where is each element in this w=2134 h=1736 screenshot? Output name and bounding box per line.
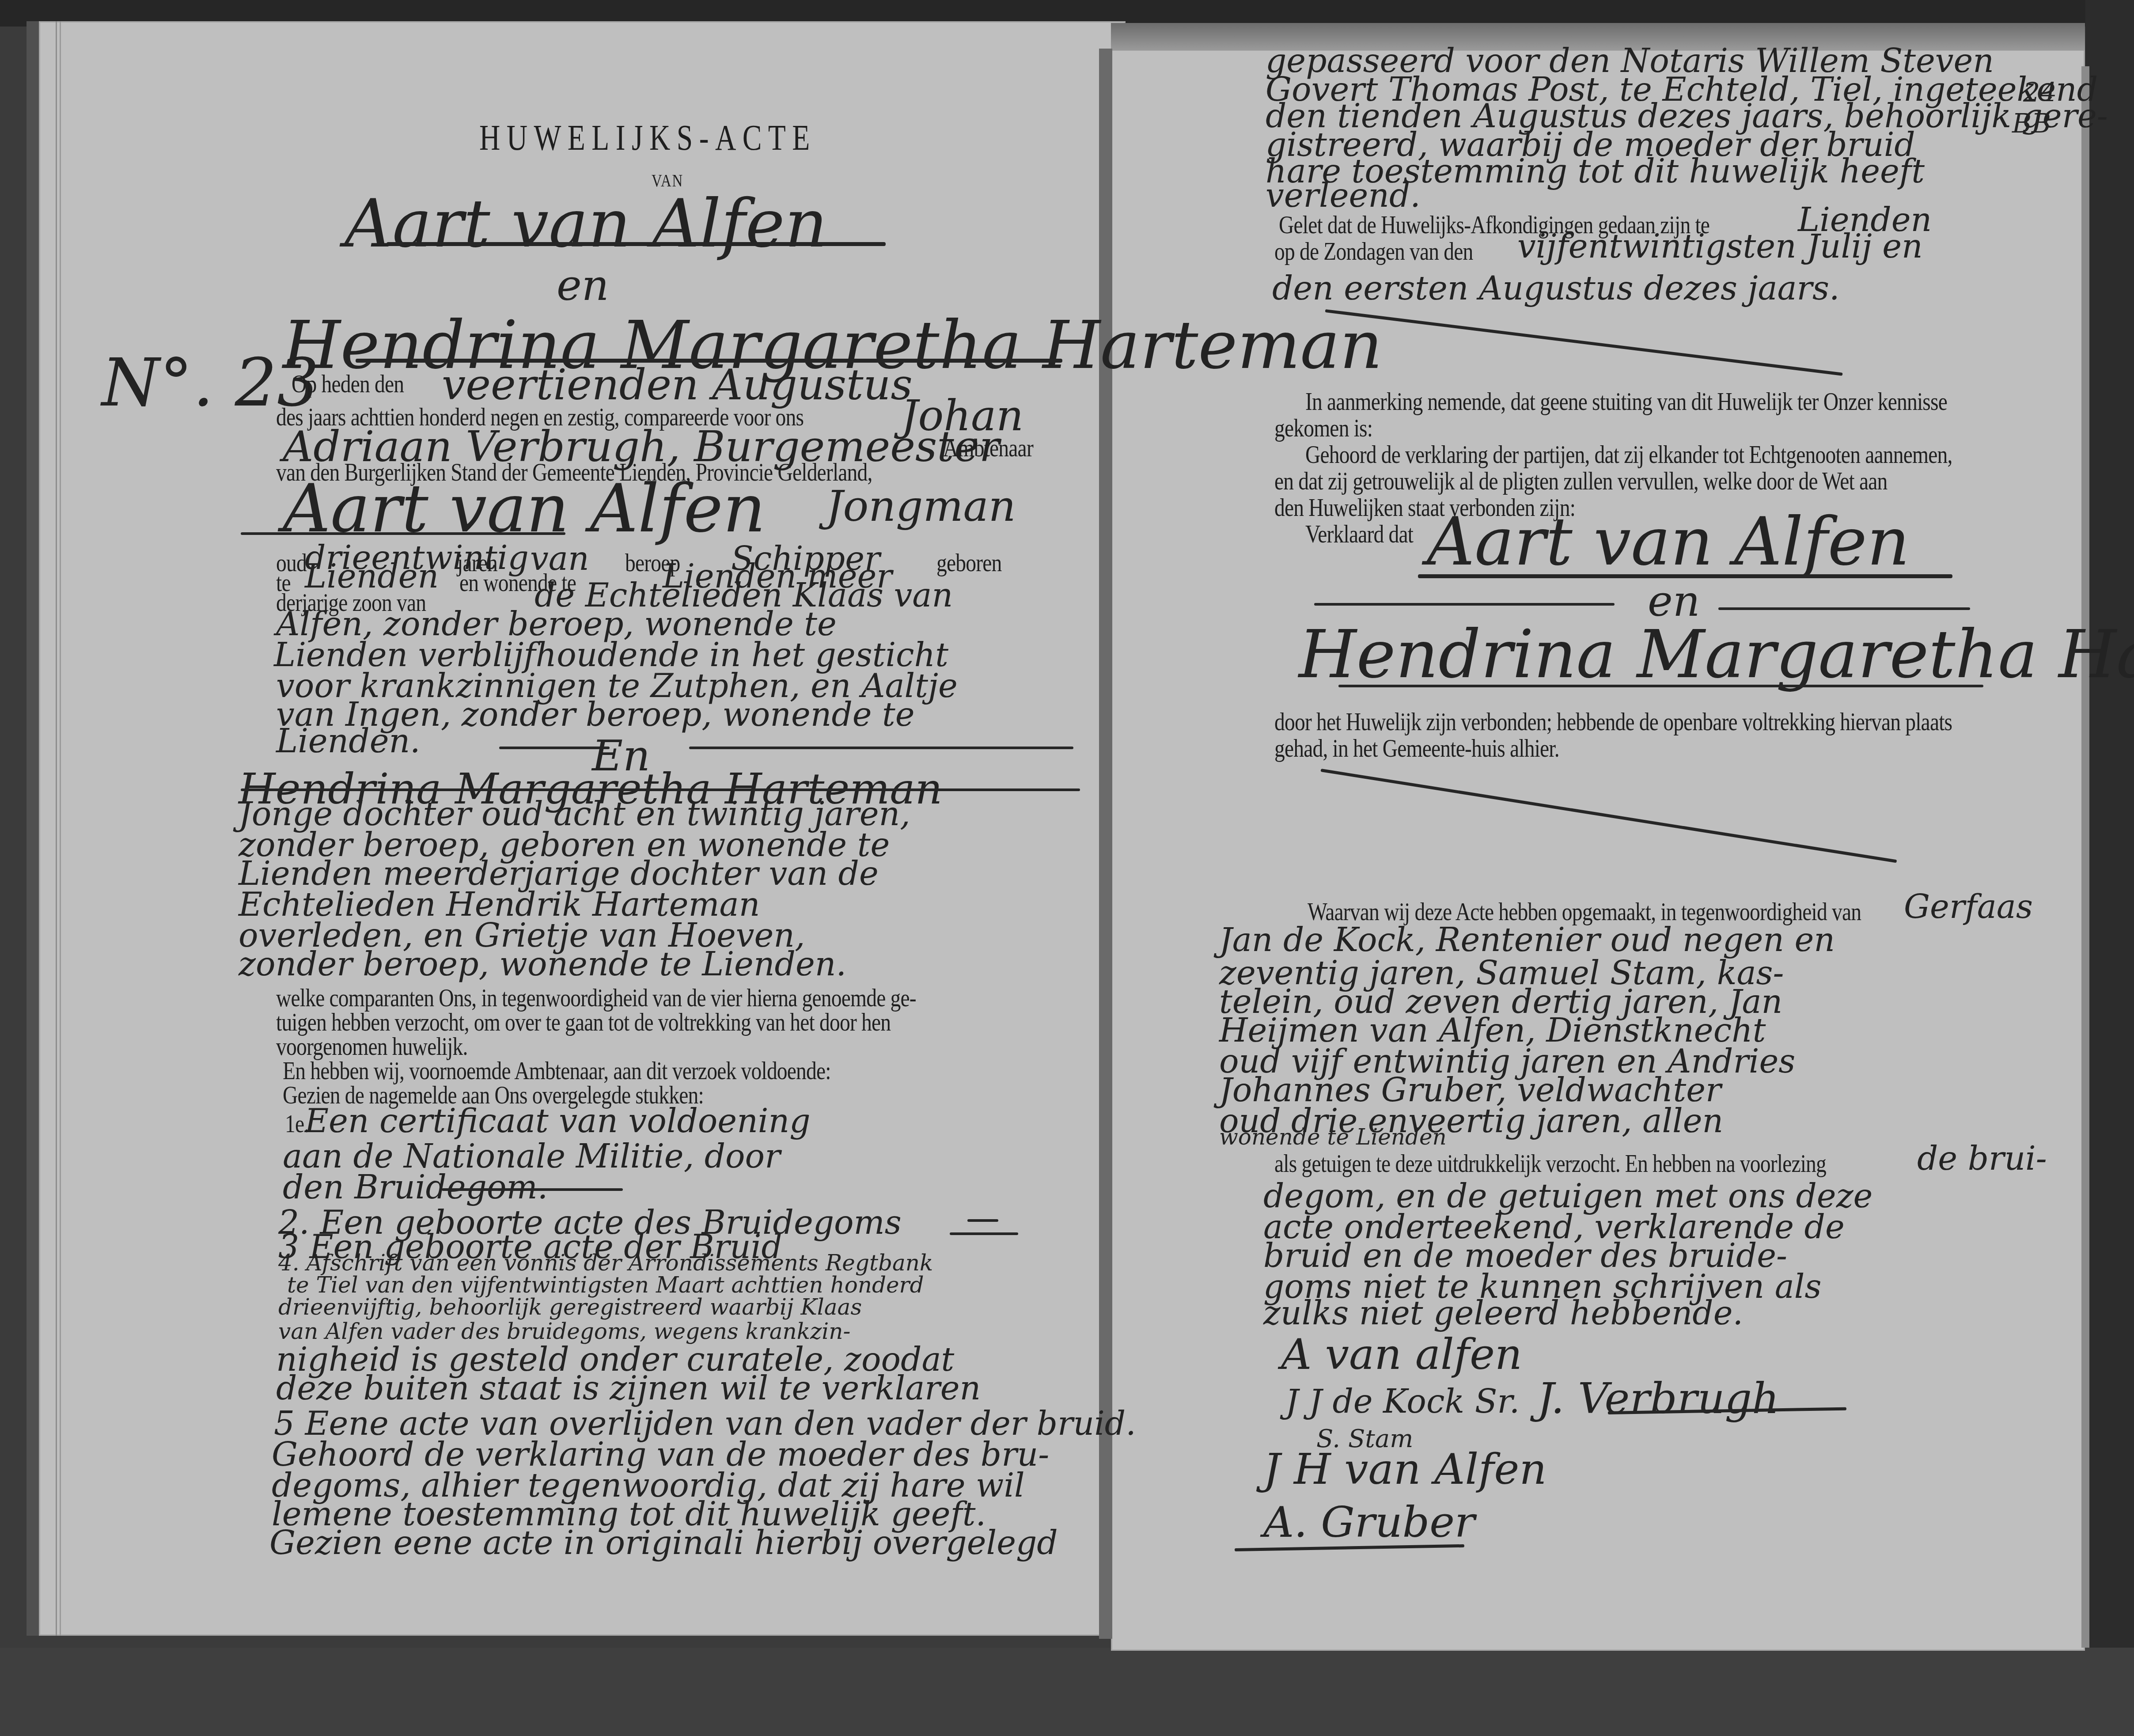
printed-zondagen: op de Zondagen van den [1274,236,1473,266]
printed-gehoord-2: en dat zij getrouwelijk al de pligten zu… [1274,466,1888,496]
en-heading: en [557,261,609,310]
hand-lienden: Lienden. [276,722,421,760]
hand-groom-name-right: Aart van Alfen [1427,504,1910,580]
page-edge-stack [56,21,61,1636]
hand-bride-name-right: Hendrina Margaretha Harteman [1299,616,2134,693]
hand-afkondiging-date-1: vijfentwintigsten Julij en [1517,227,1923,265]
printed-geboren: geboren [936,548,1001,577]
hand-doc-1-line-1: Een certificaat van voldoening [305,1102,811,1140]
groom-heading-underline [387,242,886,246]
printed-ambtenaar: Ambtenaar [943,433,1033,462]
scanner-background-right [2085,0,2134,1736]
hand-witness-line-1: Jan de Kock, Rentenier oud negen en [1219,921,1835,959]
groom-name-underline [241,532,565,535]
doc-2-filler [967,1219,998,1222]
right-page-edge [2081,66,2089,1648]
hand-witness-1-first: Gerfaas [1904,888,2033,926]
printed-aanmerking-2: gekomen is: [1274,413,1372,443]
signature-witness-gruber: A. Gruber [1263,1497,1475,1547]
book-gutter [1099,49,1112,1639]
hand-closing-5: zulks niet geleerd hebbende. [1263,1294,1743,1332]
doc-3-filler [950,1232,1018,1235]
signature-witness-de-kock: J J de Kock Sr. [1285,1383,1520,1421]
groom-heading: Aart van Alfen [345,186,827,262]
hand-witness-line-8: wonende te Lienden [1219,1124,1447,1150]
hand-afkondiging-date-2: den eersten Augustus dezes jaars. [1272,269,1840,307]
signature-witness-van-alfen: J H van Alfen [1263,1444,1546,1494]
printed-closing: als getuigen te deze uitdrukkelijk verzo… [1274,1148,1826,1178]
hand-top-line-6: verleend. [1266,177,1421,215]
hand-doc-1-line-3: den Bruidegom. [283,1168,548,1206]
hand-bride-mother-residence: zonder beroep, wonende te Lienden. [239,945,846,983]
printed-gehoord-1: Gehoord de verklaring der partijen, dat … [1305,440,1952,469]
hand-closing-0: de brui- [1917,1140,2047,1178]
printed-aanmerking-1: In aanmerking nemende, dat geene stuitin… [1305,387,1947,416]
printed-op-heden: Op heden den [292,369,404,398]
margin-initials: BB [2012,108,2051,139]
signature-groom: A van alfen [1281,1330,1522,1379]
margin-page-number: 24 [2023,77,2057,108]
hand-gezien-acte: Gezien eene acte in originali hierbij ov… [269,1524,1058,1562]
en-left-line [1314,603,1615,606]
en-right-line [1718,607,1970,610]
bride-name-underline [241,788,1080,791]
document-title: HUWELIJKS-ACTE [479,117,816,159]
hand-doc-4-line-3: drieenvijftig, behoorlijk geregistreerd … [278,1294,862,1320]
doc-1-filler [442,1188,623,1191]
signature-official-verbrugh: J. Verbrugh [1537,1374,1779,1423]
bride-name-right-underline [1338,685,1983,687]
printed-verbonden-1: door het Huwelijk zijn verbonden; hebben… [1274,707,1952,736]
hand-doc-4-line-6: deze buiten staat is zijnen wil te verkl… [276,1369,981,1407]
printed-verklaard-dat: Verklaard dat [1305,519,1413,549]
en-divider-line [689,747,1073,749]
printed-verbonden-2: gehad, in het Gemeente-huis alhier. [1274,733,1559,763]
hand-groom-status: Jongman [826,481,1016,531]
hand-groom-name: Aart van Alfen [283,470,766,547]
scanner-background-bottom [0,1648,2134,1736]
